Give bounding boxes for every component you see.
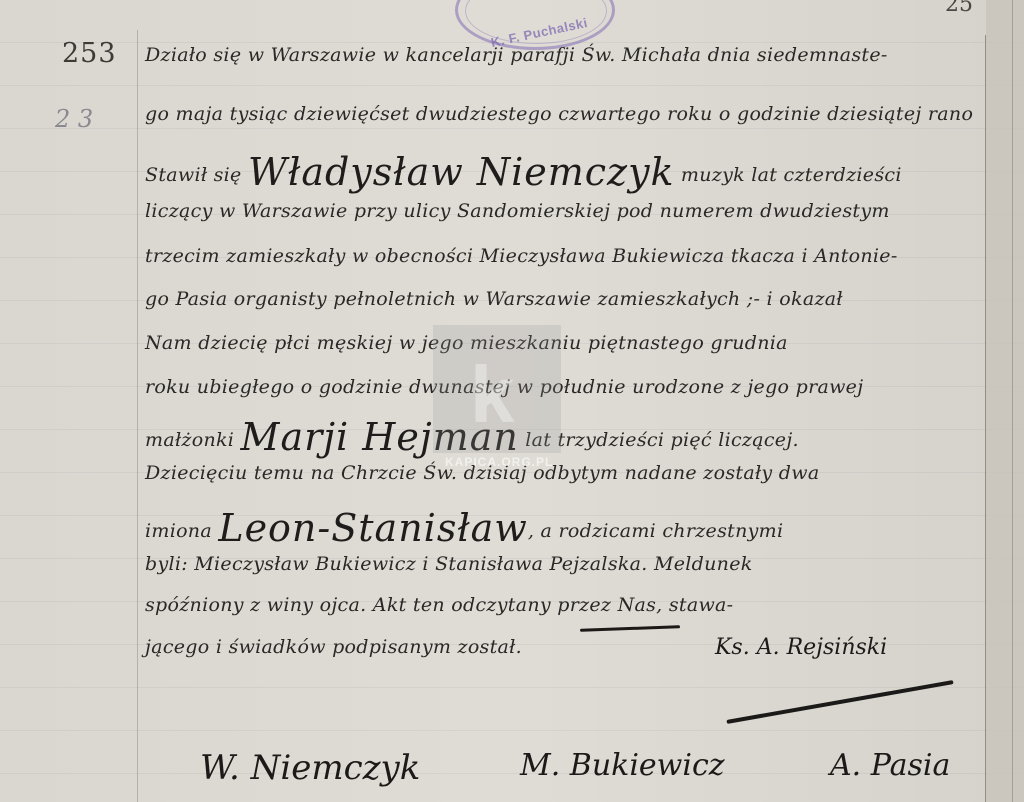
record-line-2: go maja tysiąc dziewięćset dwudziestego … (145, 103, 973, 125)
watermark-logo-icon: k (470, 355, 515, 435)
witness-1-signature: M. Bukiewicz (520, 748, 725, 783)
record-line-13: spóźniony z winy ojca. Akt ten odczytany… (145, 594, 733, 616)
priest-signature: Ks. A. Rejsiński (715, 635, 887, 660)
record-line-6: go Pasia organisty pełnoletnich w Warsza… (145, 288, 843, 310)
record-line-11: imiona Leon-Stanisław, a rodzicami chrze… (145, 506, 783, 550)
father-signature: W. Niemczyk (200, 748, 420, 788)
ink-flourish-short (580, 625, 680, 631)
record-line-3: Stawił się Władysław Niemczyk muzyk lat … (145, 150, 902, 194)
line-3-suffix: muzyk lat czterdzieści (675, 164, 902, 186)
record-line-14: jącego i świadków podpisanym został. (145, 636, 522, 658)
child-name: Leon-Stanisław (218, 506, 528, 550)
record-line-5: trzecim zamieszkały w obecności Mieczysł… (145, 245, 898, 267)
record-line-12: byli: Mieczysław Bukiewicz i Stanisława … (145, 553, 753, 575)
father-name: Władysław Niemczyk (248, 150, 675, 194)
witness-2-signature: A. Pasia (830, 748, 950, 783)
document-page: K. F. Puchalski 25 253 2 3 Działo się w … (0, 0, 1024, 802)
old-entry-number: 2 3 (55, 105, 93, 133)
entry-number: 253 (62, 38, 117, 69)
signature-flourish (726, 680, 953, 724)
line-9-prefix: małżonki (145, 429, 241, 451)
record-line-4: liczący w Warszawie przy ulicy Sandomier… (145, 200, 890, 222)
page-edge-rule (1012, 0, 1013, 802)
record-line-1: Działo się w Warszawie w kancelarji para… (145, 44, 888, 66)
line-3-prefix: Stawił się (145, 164, 248, 186)
watermark-text: KAPICA.ORG.PL (445, 455, 553, 469)
line-11-prefix: imiona (145, 520, 218, 542)
margin-rule-right (985, 35, 986, 802)
page-edge (986, 0, 1024, 802)
line-11-suffix: , a rodzicami chrzestnymi (528, 520, 783, 542)
margin-rule-left (137, 30, 138, 802)
page-number: 25 (945, 0, 973, 17)
